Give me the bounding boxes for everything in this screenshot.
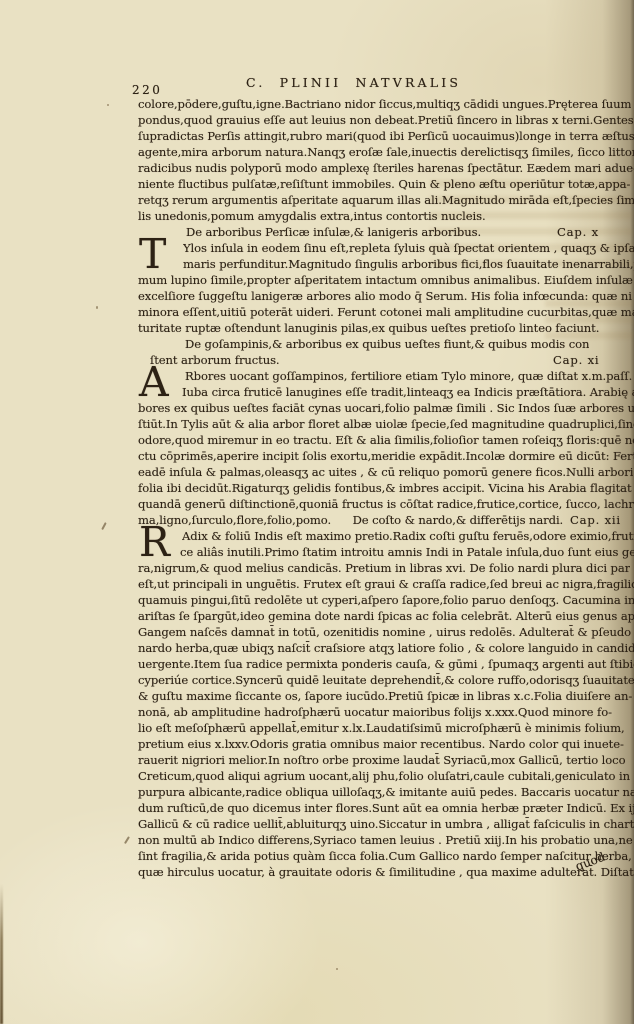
ink-speck [107, 104, 109, 106]
text-line: folia ibi decidūt.Rigaturqʒ gelidis font… [138, 480, 634, 496]
text-line: pretium eius x.lxxv.Odoris gratia omnibu… [138, 736, 634, 752]
text-line: Creticum,quod aliqui agrium uocant,alij … [138, 768, 634, 784]
text-line: bores ex quibus ueſtes faciāt cynas uoca… [138, 400, 634, 416]
line-text: lis unedonis,pomum amygdalis extra,intus… [138, 208, 486, 224]
running-head: C. PLINII NATVRALIS [246, 75, 461, 90]
text-line: minora eſſent,uitiū poterāt uideri. Feru… [138, 304, 634, 320]
line-text: bores ex quibus ueſtes faciāt cynas uoca… [138, 400, 634, 416]
line-text: nardo herba,quæ ubiqʒ naſcit̄ craſsiore … [138, 640, 634, 656]
line-text: ra,nigrum,& quod melius candicās. Pretiu… [138, 560, 630, 576]
line-text: Rbores uocant goſſampinos, fertiliore et… [185, 368, 632, 384]
ink-mark [124, 836, 130, 844]
line-text: excelſiore ſuggeſtu lanigeræ arbores ali… [138, 288, 632, 304]
text-line: lis unedonis,pomum amygdalis extra,intus… [138, 208, 634, 224]
line-text: ma,ligno,ſurculo,flore,folio,pomo. De co… [138, 512, 563, 528]
line-text: ctu cōprimēs,aperire incipit ſolis exort… [138, 448, 634, 464]
text-line: rauerit nigriori melior.In noſtro orbe p… [138, 752, 634, 768]
page-number: 220 [132, 83, 162, 97]
text-line: retqʒ rerum argumentis aſperitate aquaru… [138, 192, 634, 208]
text-line: quamuis pingui,ſitū redolēte ut cyperi,a… [138, 592, 634, 608]
line-text: Ylos inſula in eodem ſinu eſt,repleta ſy… [183, 240, 634, 256]
text-line: ce aliâs inutili.Primo ſtatim introitu a… [138, 544, 634, 560]
line-text: folia ibi decidūt.Rigaturqʒ gelidis font… [138, 480, 632, 496]
text-line: excelſiore ſuggeſtu lanigeræ arbores ali… [138, 288, 634, 304]
line-text: Iuba circa fruticē lanugines eſſe tradit… [182, 384, 634, 400]
text-line: colore,pōdere,guſtu,igne.Bactriano nidor… [138, 96, 634, 112]
line-text: ariſtas ſe ſpargūt,ideo gemina dote nard… [138, 608, 634, 624]
text-line: non multū ab Indico differens,Syriaco ta… [138, 832, 634, 848]
line-text: odore,quod miremur in eo tractu. Eſt & a… [138, 432, 634, 448]
text-line: ctu cōprimēs,aperire incipit ſolis exort… [138, 448, 634, 464]
text-line: uergente.Item ſua radice permixta ponder… [138, 656, 634, 672]
line-text: cyperiúe cortice.Syncerū quidē leuitate … [138, 672, 634, 688]
ink-speck [96, 306, 98, 309]
text-line: radicibus nudis polyporū modo amplexę ſt… [138, 160, 634, 176]
text-line: ra,nigrum,& quod melius candicās. Pretiu… [138, 560, 634, 576]
line-text: quandā generū diſtinctionē,quoniā fructu… [138, 496, 634, 512]
text-line-paragraph-start: ARbores uocant goſſampinos, fertiliore e… [138, 368, 634, 384]
text-line: ariſtas ſe ſpargūt,ideo gemina dote nard… [138, 608, 634, 624]
line-text: uergente.Item ſua radice permixta ponder… [138, 656, 634, 672]
line-text: ſtiūt.In Tylis aūt & alia arbor floret a… [138, 416, 634, 432]
line-text: rauerit nigriori melior.In noſtro orbe p… [138, 752, 625, 768]
text-line: niente fluctibus pulſatæ,reſiſtunt immob… [138, 176, 634, 192]
binding-edge [0, 884, 3, 1024]
underlined-phrase: arida potius quàm ſicca [220, 849, 356, 864]
line-text: pondus,quod grauius eſſe aut leuius non … [138, 112, 634, 128]
text-line: agente,mira arborum natura.Nanqʒ eroſæ ſ… [138, 144, 634, 160]
line-text: maris perfunditur.Magnitudo ſingulis arb… [183, 256, 634, 272]
line-text: De arboribus Perſicæ inſulæ,& lanigeris … [186, 224, 481, 240]
text-line: odore,quod miremur in eo tractu. Eſt & a… [138, 432, 634, 448]
text-column: colore,pōdere,guſtu,igne.Bactriano nidor… [138, 96, 634, 886]
line-text: turitate ruptæ oſtendunt lanuginis pilas… [138, 320, 599, 336]
text-line-paragraph-start: TYlos inſula in eodem ſinu eſt,repleta ſ… [138, 240, 634, 256]
text-line: turitate ruptæ oſtendunt lanuginis pilas… [138, 320, 634, 336]
text-line-paragraph-start: RAdix & foliū Indis eſt maximo pretio.Ra… [138, 528, 634, 544]
text-line: purpura albicante,radice obliqua uilloſa… [138, 784, 634, 800]
line-text: quamuis pingui,ſitū redolēte ut cyperi,a… [138, 592, 634, 608]
text-line: mum lupino ſimile,propter aſperitatem in… [138, 272, 634, 288]
line-text: eſt,ut principali in unguētis. Frutex eſ… [138, 576, 634, 592]
text-line: nardo herba,quæ ubiqʒ naſcit̄ craſsiore … [138, 640, 634, 656]
line-text: dum ruſticū,de quo dicemus inter flores.… [138, 800, 634, 816]
chapter-number: Cap. x [557, 224, 599, 240]
text-line: Gangem naſcēs damnat̄ in totū, ozenitidi… [138, 624, 634, 640]
line-text: niente fluctibus pulſatæ,reſiſtunt immob… [138, 176, 630, 192]
line-text: non multū ab Indico differens,Syriaco ta… [138, 832, 633, 848]
line-text: mum lupino ſimile,propter aſperitatem in… [138, 272, 633, 288]
text-line: De goſampinis,& arboribus ex quibus ueſt… [138, 336, 634, 352]
line-text: minora eſſent,uitiū poterāt uideri. Feru… [138, 304, 634, 320]
line-text: purpura albicante,radice obliqua uilloſa… [138, 784, 634, 800]
line-text: Gangem naſcēs damnat̄ in totū, ozenitidi… [138, 624, 631, 640]
text-line: maris perfunditur.Magnitudo ſingulis arb… [138, 256, 634, 272]
text-line: eſt,ut principali in unguētis. Frutex eſ… [138, 576, 634, 592]
line-text: ce aliâs inutili.Primo ſtatim introitu a… [180, 544, 634, 560]
text-line: nonā, ab amplitudine hadroſphærū uocatur… [138, 704, 634, 720]
line-text: Adix & foliū Indis eſt maximo pretio.Rad… [182, 528, 634, 544]
text-line: ſupradictas Perſis attingit,rubro mari(q… [138, 128, 634, 144]
line-text: Gallicū & cū radice uellit̄,abluiturqʒ u… [138, 816, 634, 832]
line-text: Creticum,quod aliqui agrium uocant,alij … [138, 768, 630, 784]
line-text: & guſtu maxime ſiccante os, ſapore iucūd… [138, 688, 632, 704]
line-text: quæ hirculus uocatur, à grauitate odoris… [138, 864, 634, 880]
ink-mark [101, 522, 106, 530]
line-text-segment: ſint fragilia,& [138, 849, 220, 863]
chapter-number: Cap. xii [570, 512, 621, 528]
line-text: colore,pōdere,guſtu,igne.Bactriano nidor… [138, 96, 631, 112]
line-text: ſtent arborum fructus. [150, 352, 280, 368]
chapter-number: Cap. xi [553, 352, 599, 368]
text-line: eadē inſula & palmas,oleasqʒ ac uites , … [138, 464, 634, 480]
line-text: De goſampinis,& arboribus ex quibus ueſt… [185, 336, 589, 352]
text-line: Gallicū & cū radice uellit̄,abluiturqʒ u… [138, 816, 634, 832]
ink-speck [336, 968, 338, 970]
text-line: quæ hirculus uocatur, à grauitate odoris… [138, 864, 634, 880]
line-text: ſint fragilia,& arida potius quàm ſicca … [138, 848, 632, 864]
text-line: cyperiúe cortice.Syncerū quidē leuitate … [138, 672, 634, 688]
text-line: ſtiūt.In Tylis aūt & alia arbor floret a… [138, 416, 634, 432]
text-line: ſtent arborum fructus.Cap. xi [138, 352, 634, 368]
text-line: ſint fragilia,& arida potius quàm ſicca … [138, 848, 634, 864]
text-line: dum ruſticū,de quo dicemus inter flores.… [138, 800, 634, 816]
line-text: nonā, ab amplitudine hadroſphærū uocatur… [138, 704, 612, 720]
text-line: lio eſt meſoſphærū appellat̄,emitur x.lx… [138, 720, 634, 736]
line-text: eadē inſula & palmas,oleasqʒ ac uites , … [138, 464, 633, 480]
line-text: lio eſt meſoſphærū appellat̄,emitur x.lx… [138, 720, 625, 736]
text-line: ma,ligno,ſurculo,flore,folio,pomo. De co… [138, 512, 634, 528]
text-line: pondus,quod grauius eſſe aut leuius non … [138, 112, 634, 128]
line-text: ſupradictas Perſis attingit,rubro mari(q… [138, 128, 634, 144]
line-text: agente,mira arborum natura.Nanqʒ eroſæ ſ… [138, 144, 634, 160]
book-page: 220 C. PLINII NATVRALIS colore,pōdere,gu… [0, 0, 634, 1024]
text-line: De arboribus Perſicæ inſulæ,& lanigeris … [138, 224, 634, 240]
line-text: radicibus nudis polyporū modo amplexę ſt… [138, 160, 634, 176]
text-line: Iuba circa fruticē lanugines eſſe tradit… [138, 384, 634, 400]
text-line: quandā generū diſtinctionē,quoniā fructu… [138, 496, 634, 512]
text-line: & guſtu maxime ſiccante os, ſapore iucūd… [138, 688, 634, 704]
line-text: pretium eius x.lxxv.Odoris gratia omnibu… [138, 736, 624, 752]
line-text: retqʒ rerum argumentis aſperitate aquaru… [138, 192, 634, 208]
